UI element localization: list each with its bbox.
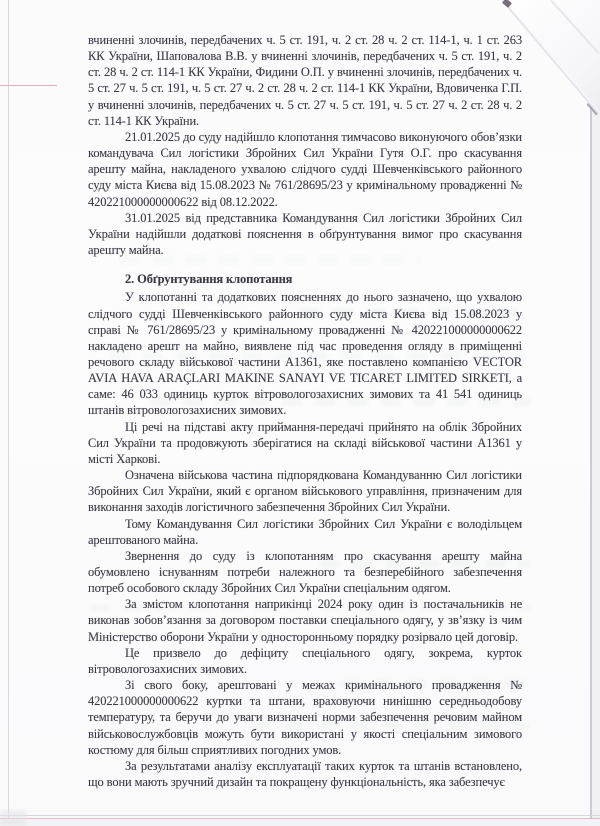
paragraph-arrest-details: У клопотанні та додаткових поясненнях до… bbox=[88, 289, 522, 418]
paragraph-property-holder: Тому Командування Сил логістики Збройних… bbox=[88, 516, 522, 548]
scanner-pink-line-artifact bbox=[0, 85, 57, 86]
paragraph-use-of-arrested-items: Зі свого боку, арештовані у межах кримін… bbox=[88, 677, 522, 758]
page-right-margin-strip bbox=[592, 96, 600, 826]
paragraph-supplier-breach: За змістом клопотання наприкінці 2024 ро… bbox=[88, 596, 522, 644]
scanned-document-page: вчиненні злочинів, передбачених ч. 5 ст.… bbox=[0, 0, 600, 826]
document-text-block: вчиненні злочинів, передбачених ч. 5 ст.… bbox=[88, 32, 522, 790]
bottom-left-scan-shadow bbox=[0, 810, 26, 826]
scanner-bottom-strip bbox=[0, 819, 600, 826]
paragraph-explanations-31-01-2025: 31.01.2025 від представника Командування… bbox=[88, 210, 522, 258]
paragraph-charges-continuation: вчиненні злочинів, передбачених ч. 5 ст.… bbox=[88, 32, 522, 129]
paragraph-motion-21-01-2025: 21.01.2025 до суду надійшло клопотання т… bbox=[88, 129, 522, 210]
paragraph-appeal-reason: Звернення до суду із клопотанням про ска… bbox=[88, 548, 522, 596]
paragraph-storage: Ці речі на підставі акту приймання-перед… bbox=[88, 419, 522, 467]
page-left-edge-line bbox=[8, 0, 9, 826]
paragraph-military-unit-subordination: Означена військова частина підпорядкован… bbox=[88, 467, 522, 515]
page-bottom-edge-line bbox=[0, 815, 600, 816]
paragraph-deficit: Це призвело до дефіциту спеціального одя… bbox=[88, 645, 522, 677]
page-left-margin-strip bbox=[0, 0, 8, 826]
paragraph-analysis-results: За результатами аналізу експлуатації так… bbox=[88, 758, 522, 790]
section-heading-justification: 2. Обґрунтування клопотання bbox=[88, 271, 522, 287]
